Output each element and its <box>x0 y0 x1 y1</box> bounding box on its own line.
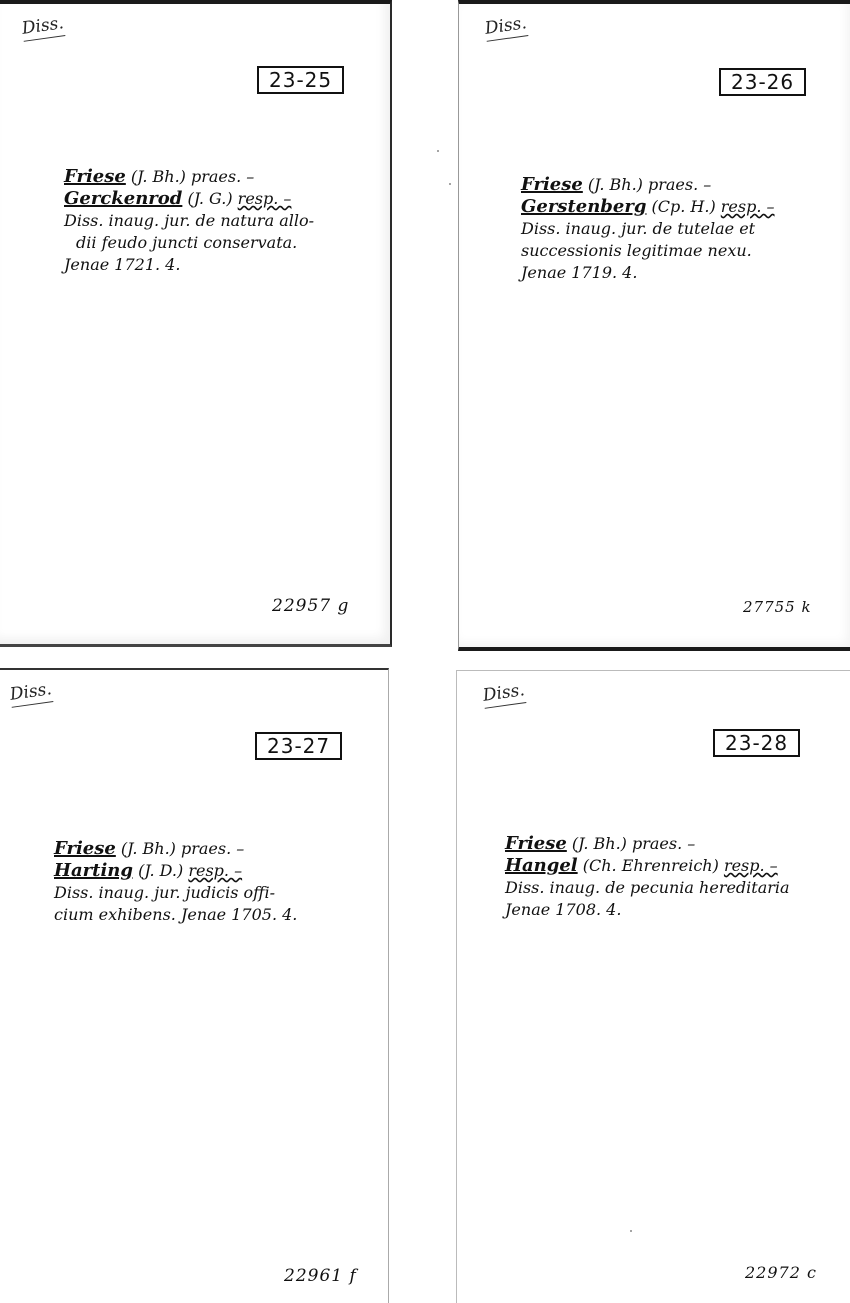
call-number-box: 23-28 <box>713 729 800 757</box>
title-line: successionis legitimae nexu. <box>521 240 775 262</box>
card-header-diss: Diss. <box>21 13 66 42</box>
title-line: Diss. inaug. de pecunia hereditaria <box>505 877 790 899</box>
praeses-role: praes. – <box>648 175 711 194</box>
catalog-card-23-25: Diss. 23-25 Friese (J. Bh.) praes. – Ger… <box>0 0 392 647</box>
catalog-card-23-28: Diss. 23-28 Friese (J. Bh.) praes. – Han… <box>456 670 850 1303</box>
respondent-initials: (Cp. H.) <box>652 197 716 216</box>
catalog-card-23-26: Diss. 23-26 Friese (J. Bh.) praes. – Ger… <box>458 0 850 651</box>
card-header-diss: Diss. <box>482 680 527 709</box>
praeses-initials: (J. Bh.) <box>572 834 627 853</box>
card-header-diss: Diss. <box>484 13 529 42</box>
respondent-surname: Hangel <box>505 855 578 876</box>
card-entry-text: Friese (J. Bh.) praes. – Gerstenberg (Cp… <box>521 174 775 284</box>
respondent-surname: Gerckenrod <box>64 188 182 209</box>
praeses-role: praes. – <box>181 839 244 858</box>
respondent-line: Gerckenrod (J. G.) resp. – <box>64 188 314 210</box>
accession-number: 27755 k <box>743 598 812 616</box>
accession-number: 22957 g <box>272 596 349 616</box>
imprint-line: Jenae 1708. 4. <box>505 899 790 921</box>
respondent-role: resp. – <box>721 197 775 216</box>
call-number-box: 23-26 <box>719 68 806 96</box>
praeses-surname: Friese <box>64 166 126 187</box>
praeses-role: praes. – <box>632 834 695 853</box>
respondent-line: Hangel (Ch. Ehrenreich) resp. – <box>505 855 790 877</box>
catalog-card-23-27: Diss. 23-27 Friese (J. Bh.) praes. – Har… <box>0 668 389 1303</box>
respondent-surname: Harting <box>54 860 133 881</box>
card-entry-text: Friese (J. Bh.) praes. – Hangel (Ch. Ehr… <box>505 833 790 921</box>
title-line: cium exhibens. Jenae 1705. 4. <box>54 904 297 926</box>
praeses-line: Friese (J. Bh.) praes. – <box>64 166 314 188</box>
praeses-line: Friese (J. Bh.) praes. – <box>54 838 297 860</box>
scan-speck <box>630 1230 632 1232</box>
card-header-diss: Diss. <box>9 679 54 708</box>
respondent-line: Gerstenberg (Cp. H.) resp. – <box>521 196 775 218</box>
praeses-line: Friese (J. Bh.) praes. – <box>521 174 775 196</box>
praeses-role: praes. – <box>191 167 254 186</box>
call-number-box: 23-25 <box>257 66 344 94</box>
title-line: Diss. inaug. jur. de tutelae et <box>521 218 775 240</box>
praeses-initials: (J. Bh.) <box>588 175 643 194</box>
title-line: Diss. inaug. jur. judicis offi- <box>54 882 297 904</box>
respondent-initials: (J. D.) <box>138 861 183 880</box>
accession-number: 22961 f <box>284 1266 357 1286</box>
respondent-line: Harting (J. D.) resp. – <box>54 860 297 882</box>
imprint-line: Jenae 1721. 4. <box>64 254 314 276</box>
card-entry-text: Friese (J. Bh.) praes. – Harting (J. D.)… <box>54 838 297 926</box>
scan-speck <box>437 150 439 152</box>
praeses-initials: (J. Bh.) <box>121 839 176 858</box>
card-entry-text: Friese (J. Bh.) praes. – Gerckenrod (J. … <box>64 166 314 276</box>
respondent-initials: (Ch. Ehrenreich) <box>583 856 719 875</box>
call-number-box: 23-27 <box>255 732 342 760</box>
praeses-line: Friese (J. Bh.) praes. – <box>505 833 790 855</box>
praeses-surname: Friese <box>54 838 116 859</box>
imprint-line: Jenae 1719. 4. <box>521 262 775 284</box>
respondent-surname: Gerstenberg <box>521 196 646 217</box>
scan-speck <box>449 183 451 185</box>
respondent-role: resp. – <box>724 856 778 875</box>
respondent-initials: (J. G.) <box>187 189 232 208</box>
respondent-role: resp. – <box>238 189 292 208</box>
respondent-role: resp. – <box>188 861 242 880</box>
title-line: dii feudo juncti conservata. <box>64 232 314 254</box>
accession-number: 22972 c <box>745 1263 817 1282</box>
praeses-initials: (J. Bh.) <box>131 167 186 186</box>
praeses-surname: Friese <box>505 833 567 854</box>
title-line: Diss. inaug. jur. de natura allo- <box>64 210 314 232</box>
praeses-surname: Friese <box>521 174 583 195</box>
